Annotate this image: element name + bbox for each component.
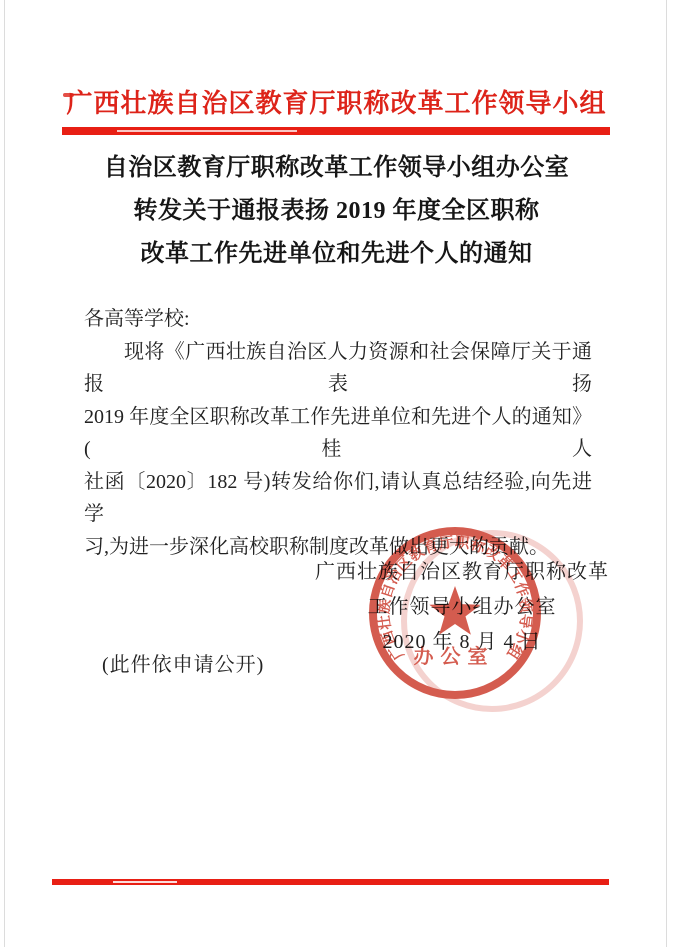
title-line-2: 转发关于通报表扬 2019 年度全区职称 (0, 190, 673, 233)
notice-title: 自治区教育厅职称改革工作领导小组办公室 转发关于通报表扬 2019 年度全区职称… (0, 147, 673, 276)
scan-artifact-streak (113, 881, 177, 883)
document-page: 广西壮族自治区教育厅职称改革工作领导小组 自治区教育厅职称改革工作领导小组办公室… (0, 0, 673, 947)
seal-office-text: 办公室 (414, 644, 495, 668)
scan-artifact-streak (117, 130, 297, 132)
scan-edge-right (666, 0, 667, 947)
disclosure-note: (此件依申请公开) (102, 652, 264, 678)
header-rule (62, 127, 610, 135)
body-paragraph-line: 现将《广西壮族自治区人力资源和社会保障厅关于通报表扬 (84, 336, 592, 401)
salutation: 各高等学校: (84, 303, 592, 336)
title-line-3: 改革工作先进单位和先进个人的通知 (0, 233, 673, 276)
org-banner: 广西壮族自治区教育厅职称改革工作领导小组 (0, 88, 673, 120)
body-paragraph-line: 2019 年度全区职称改革工作先进单位和先进个人的通知》(桂人 (84, 401, 592, 466)
title-line-1: 自治区教育厅职称改革工作领导小组办公室 (0, 147, 673, 190)
bottom-rule (52, 879, 609, 885)
scan-edge-left (4, 0, 5, 947)
official-seal-stamp: 广西壮族自治区教育厅职称改革工作领导小组 办公室 (357, 517, 587, 712)
seal-star-icon (429, 586, 480, 635)
